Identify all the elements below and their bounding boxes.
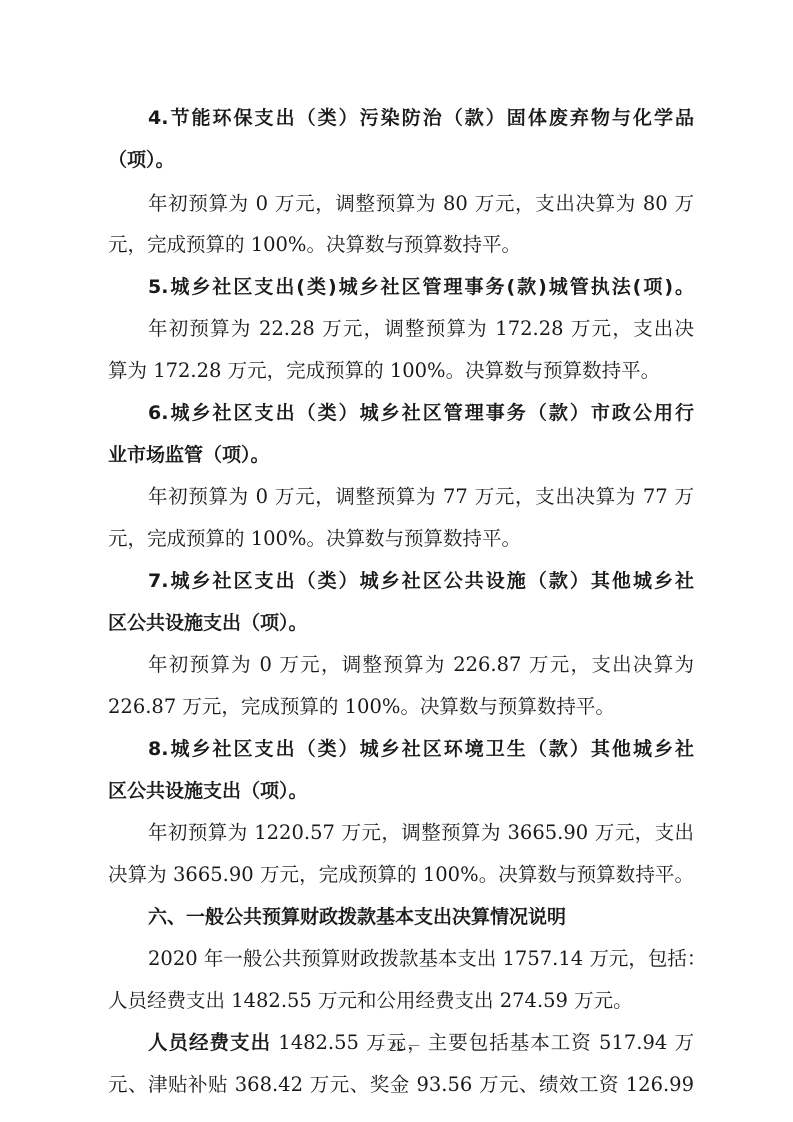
item-6-body-line-2: 元，完成预算的 100%。决算数与预算数持平。 [108,521,694,557]
item-8-body-line-2: 决算为 3665.90 万元，完成预算的 100%。决算数与预算数持平。 [108,857,694,893]
page-number: － 22 － [0,1036,793,1056]
item-7-title-line-2: 区公共设施支出（项）。 [108,605,694,641]
item-7-body-line-2: 226.87 万元，完成预算的 100%。决算数与预算数持平。 [108,689,694,725]
item-7-title-line-1: 7.城乡社区支出（类）城乡社区公共设施（款）其他城乡社 [108,563,694,599]
item-5-body-line-2: 算为 172.28 万元，完成预算的 100%。决算数与预算数持平。 [108,353,694,389]
item-7-body-line-1: 年初预算为 0 万元，调整预算为 226.87 万元，支出决算为 [108,647,694,683]
item-8-title-line-2: 区公共设施支出（项）。 [108,773,694,809]
item-4-body-line-1: 年初预算为 0 万元，调整预算为 80 万元，支出决算为 80 万 [108,186,694,222]
section-6-para-1-line-1: 2020 年一般公共预算财政拨款基本支出 1757.14 万元，包括： [108,941,694,977]
item-6-body-line-1: 年初预算为 0 万元，调整预算为 77 万元，支出决算为 77 万 [108,479,694,515]
section-6-para-1-line-2: 人员经费支出 1482.55 万元和公用经费支出 274.59 万元。 [108,983,694,1019]
item-4-title-line-2: （项）。 [108,142,694,178]
item-5-title-line-1: 5.城乡社区支出(类)城乡社区管理事务(款)城管执法(项)。 [108,269,694,305]
item-6-title-line-2: 业市场监管（项）。 [108,437,694,473]
item-4-body-line-2: 元，完成预算的 100%。决算数与预算数持平。 [108,227,694,263]
item-6-title-line-1: 6.城乡社区支出（类）城乡社区管理事务（款）市政公用行 [108,395,694,431]
item-8-body-line-1: 年初预算为 1220.57 万元，调整预算为 3665.90 万元，支出 [108,815,694,851]
item-5-body-line-1: 年初预算为 22.28 万元，调整预算为 172.28 万元，支出决 [108,311,694,347]
item-8-title-line-1: 8.城乡社区支出（类）城乡社区环境卫生（款）其他城乡社 [108,731,694,767]
item-4-title-line-1: 4.节能环保支出（类）污染防治（款）固体废弃物与化学品 [108,100,694,136]
section-6-para-2-line-2: 元、津贴补贴 368.42 万元、奖金 93.56 万元、绩效工资 126.99 [108,1067,694,1103]
section-6-heading: 六、一般公共预算财政拨款基本支出决算情况说明 [108,899,694,935]
